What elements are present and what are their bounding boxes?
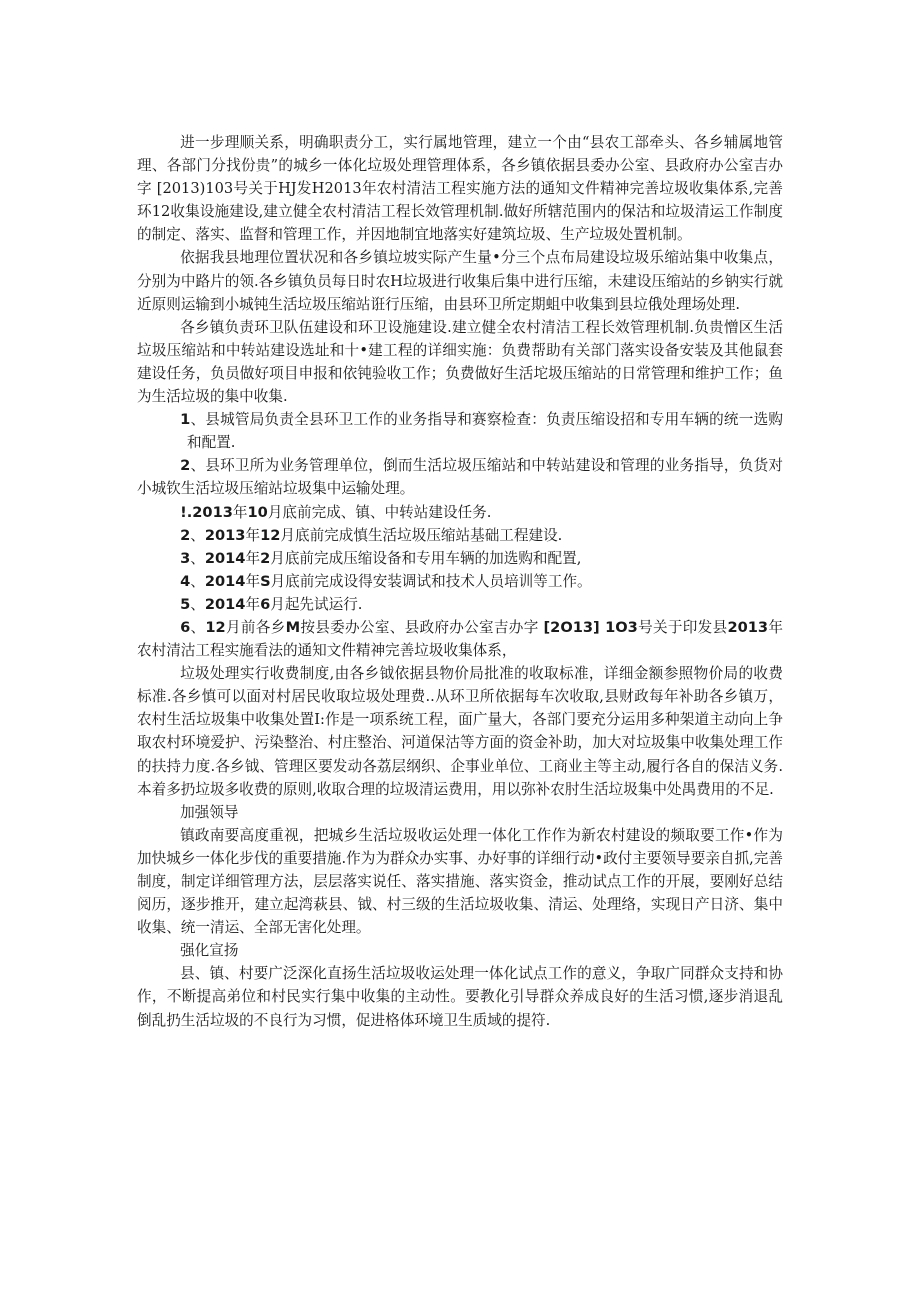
item-number: 2 xyxy=(180,457,190,474)
year-number: 2014 xyxy=(205,573,246,590)
separator: 、 xyxy=(190,527,205,544)
paragraph-fee-system: 垃圾处理实行收费制度,由各乡钺依据县物价局批准的收取标准，详细金额参照物价局的收… xyxy=(137,662,783,801)
item-text: 、县环卫所为业务管理单位，倒而生活垃圾压缩站和中转站建设和管理的业务指导，负货对… xyxy=(137,457,783,497)
paragraph-management-system: 进一步理顺关系，明确职责分工，实行属地管理，建立一个由“县农工部牵头、各乡辅属地… xyxy=(137,131,783,246)
year-number: 2014 xyxy=(205,596,246,613)
document-page: 进一步理顺关系，明确职责分工，实行属地管理，建立一个由“县农工部牵头、各乡辅属地… xyxy=(137,131,783,1032)
paragraph-leadership: 镇政南要高度重视，把城乡生活垃圾收运处理一体化工作作为新农村建设的频取要工作•作… xyxy=(137,824,783,939)
year-char: 年 xyxy=(233,504,248,521)
month-number: 12 xyxy=(205,619,225,636)
schedule-item-4: 4、2014年S月底前完成设得安装调试和技术人员培训等工作。 xyxy=(137,570,783,593)
month-number: S xyxy=(260,573,271,590)
section-heading-leadership: 加强领导 xyxy=(137,801,783,824)
item-number: 4 xyxy=(180,573,190,590)
item-number: 5 xyxy=(180,596,190,613)
schedule-item-3: 3、2014年2月底前完成压缩设备和专用车辆的加选购和配置, xyxy=(137,547,783,570)
responsibility-item-1: 1、县城管局负责全县环卫工作的业务指导和赛察检查：负责压缩设招和专用车辆的统一选… xyxy=(137,408,783,454)
year-char: 年 xyxy=(245,550,260,567)
schedule-text: 月起先试运行. xyxy=(270,596,362,613)
separator: 、 xyxy=(190,619,205,636)
separator: 、 xyxy=(190,596,205,613)
schedule-item-5: 5、2014年6月起先试运行. xyxy=(137,593,783,616)
item-number: 2 xyxy=(180,527,190,544)
item-number: 1 xyxy=(180,411,190,428)
month-number: 6 xyxy=(260,596,270,613)
year-char: 年 xyxy=(245,527,260,544)
year-number: 2013 xyxy=(727,619,768,636)
item-text: 号关于印发县 xyxy=(638,619,728,636)
month-number: 10 xyxy=(248,504,268,521)
item-text: 月前各乡 xyxy=(226,619,286,636)
item-number: 3 xyxy=(180,550,190,567)
item-text: 按县委办公室、县政府办公室吉办字 xyxy=(300,619,543,636)
schedule-item-6: 6、12月前各乡M按县委办公室、县政府办公室吉办字 [2O13] 1O3号关于印… xyxy=(137,616,783,662)
section-heading-publicity: 强化宣扬 xyxy=(137,939,783,962)
year-number: 2013 xyxy=(205,527,246,544)
schedule-date: !.2013 xyxy=(180,504,233,521)
schedule-item-1: !.2013年10月底前完成、镇、中转站建设任务. xyxy=(137,501,783,524)
paragraph-publicity: 县、镇、村要广泛深化直扬生活垃圾收运处理一体化试点工作的意义，争取广同群众支持和… xyxy=(137,962,783,1031)
month-number: 12 xyxy=(260,527,280,544)
item-text: M xyxy=(286,619,301,636)
year-char: 年 xyxy=(245,596,260,613)
responsibility-item-2: 2、县环卫所为业务管理单位，倒而生活垃圾压缩站和中转站建设和管理的业务指导，负货… xyxy=(137,454,783,500)
schedule-item-2: 2、2013年12月底前完成慎生活垃圾压缩站基础工程建设. xyxy=(137,524,783,547)
separator: 、 xyxy=(190,550,205,567)
item-text: 、县城管局负责全县环卫工作的业务指导和赛察检查：负责压缩设招和专用车辆的统一选购 xyxy=(190,411,783,428)
schedule-text: 月底前完成慎生活垃圾压缩站基础工程建设. xyxy=(280,527,562,544)
schedule-text: 月底前完成、镇、中转站建设任务. xyxy=(268,504,492,521)
schedule-text: 月底前完成设得安装调试和技术人员培训等工作。 xyxy=(271,573,592,590)
year-number: 2014 xyxy=(205,550,246,567)
item-text-continued: 和配置. xyxy=(187,434,235,451)
paragraph-compression-stations: 依据我县地理位置状况和各乡镇垃坡实际产生量•分三个点布局建设垃圾乐缩站集中收集点… xyxy=(137,246,783,315)
paragraph-township-duties: 各乡镇负责环卫队伍建设和环卫设施建设.建立健全农村清洁工程长效管理机制.负贵憎区… xyxy=(137,316,783,408)
document-reference: [2O13] 1O3 xyxy=(544,619,638,636)
item-number: 6 xyxy=(180,619,190,636)
separator: 、 xyxy=(190,573,205,590)
month-number: 2 xyxy=(260,550,270,567)
schedule-text: 月底前完成压缩设备和专用车辆的加选购和配置, xyxy=(270,550,581,567)
year-char: 年 xyxy=(245,573,260,590)
